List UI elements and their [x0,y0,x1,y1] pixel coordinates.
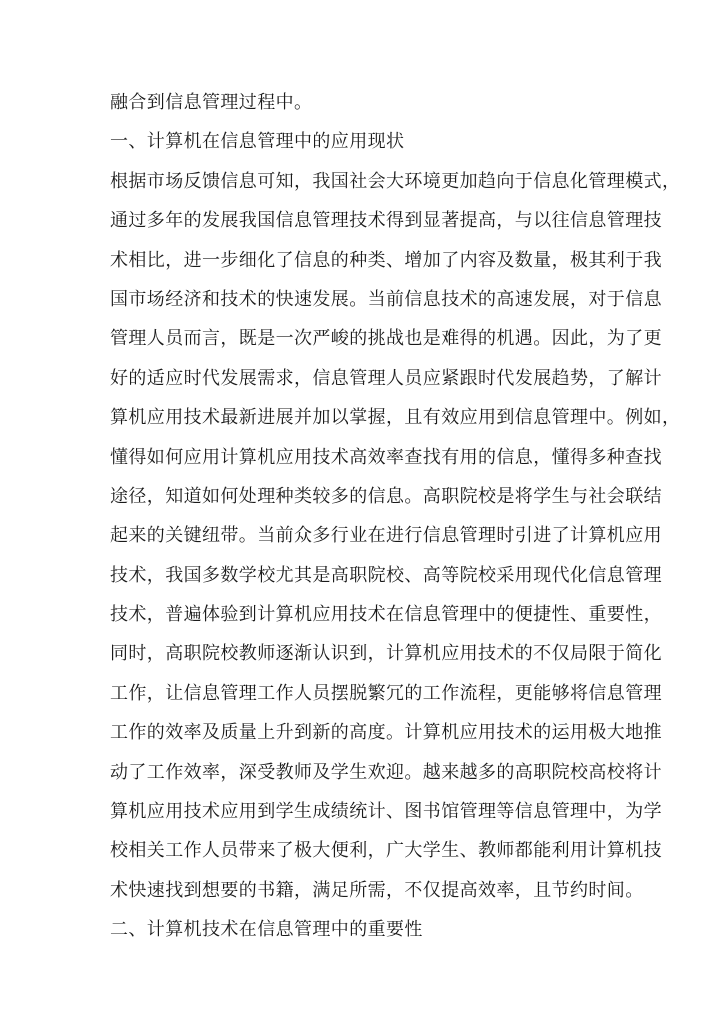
document-page: 融合到信息管理过程中。 一、计算机在信息管理中的应用现状 根据市场反馈信息可知，… [110,91,622,958]
body-line: 算机应用技术最新进展并加以掌握，且有效应用到信息管理中。例如， [110,406,622,445]
body-line: 国市场经济和技术的快速发展。当前信息技术的高速发展，对于信息 [110,288,622,327]
body-line: 起来的关键纽带。当前众多行业在进行信息管理时引进了计算机应用 [110,524,622,563]
body-line: 管理人员而言，既是一次严峻的挑战也是难得的机遇。因此，为了更 [110,327,622,366]
body-line: 算机应用技术应用到学生成绩统计、图书馆管理等信息管理中，为学 [110,800,622,839]
body-line: 好的适应时代发展需求，信息管理人员应紧跟时代发展趋势，了解计 [110,367,622,406]
body-line: 工作的效率及质量上升到新的高度。计算机应用技术的运用极大地推 [110,721,622,760]
body-line: 工作，让信息管理工作人员摆脱繁冗的工作流程，更能够将信息管理 [110,682,622,721]
body-line: 同时，高职院校教师逐渐认识到，计算机应用技术的不仅局限于简化 [110,642,622,681]
body-line: 懂得如何应用计算机应用技术高效率查找有用的信息，懂得多种查找 [110,446,622,485]
body-line: 术相比，进一步细化了信息的种类、增加了内容及数量，极其利于我 [110,249,622,288]
paragraph-continuation-line: 融合到信息管理过程中。 [110,91,622,130]
paragraph-end-line: 术快速找到想要的书籍，满足所需，不仅提高效率，且节约时间。 [110,879,622,918]
body-line: 动了工作效率，深受教师及学生欢迎。越来越多的高职院校高校将计 [110,761,622,800]
section-heading-2: 二、计算机技术在信息管理中的重要性 [110,918,622,957]
body-line: 技术，普遍体验到计算机应用技术在信息管理中的便捷性、重要性， [110,603,622,642]
body-line: 通过多年的发展我国信息管理技术得到显著提高，与以往信息管理技 [110,209,622,248]
section-heading-1: 一、计算机在信息管理中的应用现状 [110,130,622,169]
body-line: 途径，知道如何处理种类较多的信息。高职院校是将学生与社会联结 [110,485,622,524]
body-line: 技术，我国多数学校尤其是高职院校、高等院校采用现代化信息管理 [110,564,622,603]
body-line: 校相关工作人员带来了极大便利，广大学生、教师都能利用计算机技 [110,839,622,878]
body-line: 根据市场反馈信息可知，我国社会大环境更加趋向于信息化管理模式， [110,170,622,209]
